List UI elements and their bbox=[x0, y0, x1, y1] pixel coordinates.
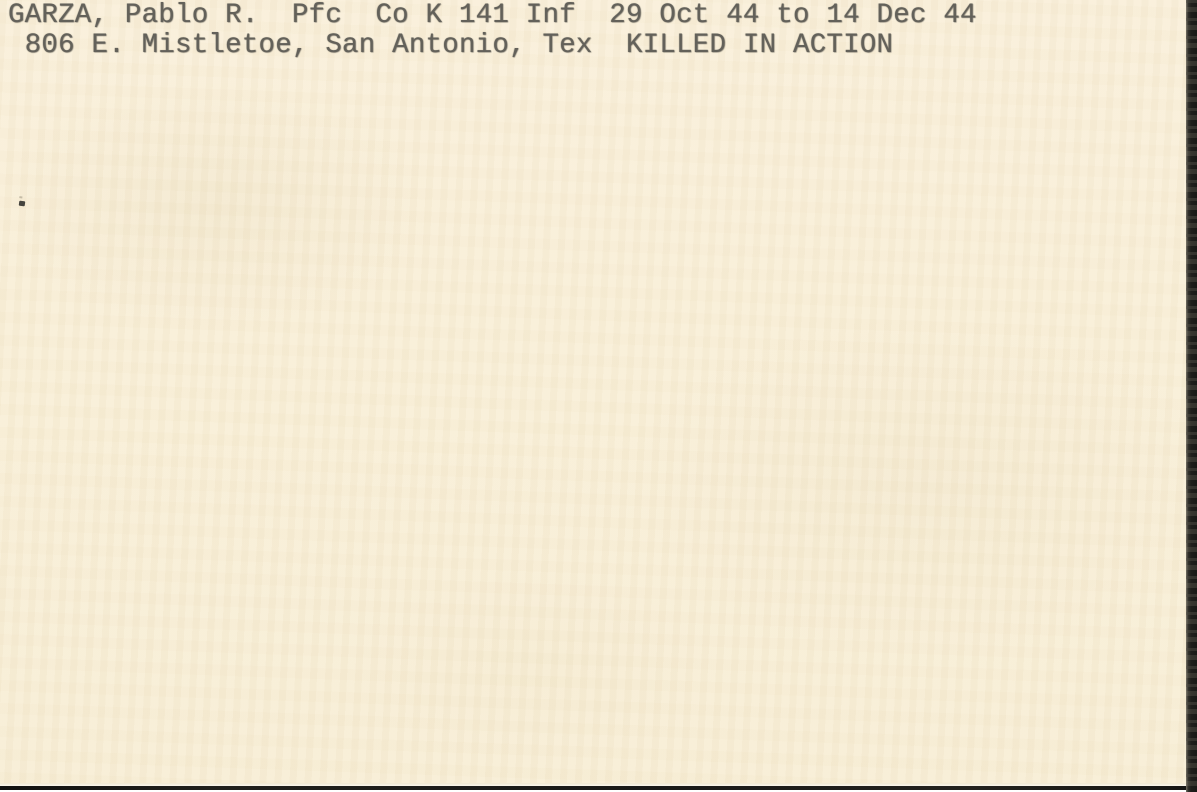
scan-edge-right bbox=[1186, 0, 1197, 792]
card-line-address-status: 806 E. Mistletoe, San Antonio, Tex KILLE… bbox=[8, 29, 893, 63]
scan-edge-bottom bbox=[0, 786, 1186, 790]
scanned-card-page: GARZA, Pablo R. Pfc Co K 141 Inf 29 Oct … bbox=[0, 0, 1197, 792]
index-card: GARZA, Pablo R. Pfc Co K 141 Inf 29 Oct … bbox=[0, 0, 1186, 783]
ink-speck bbox=[19, 201, 26, 207]
